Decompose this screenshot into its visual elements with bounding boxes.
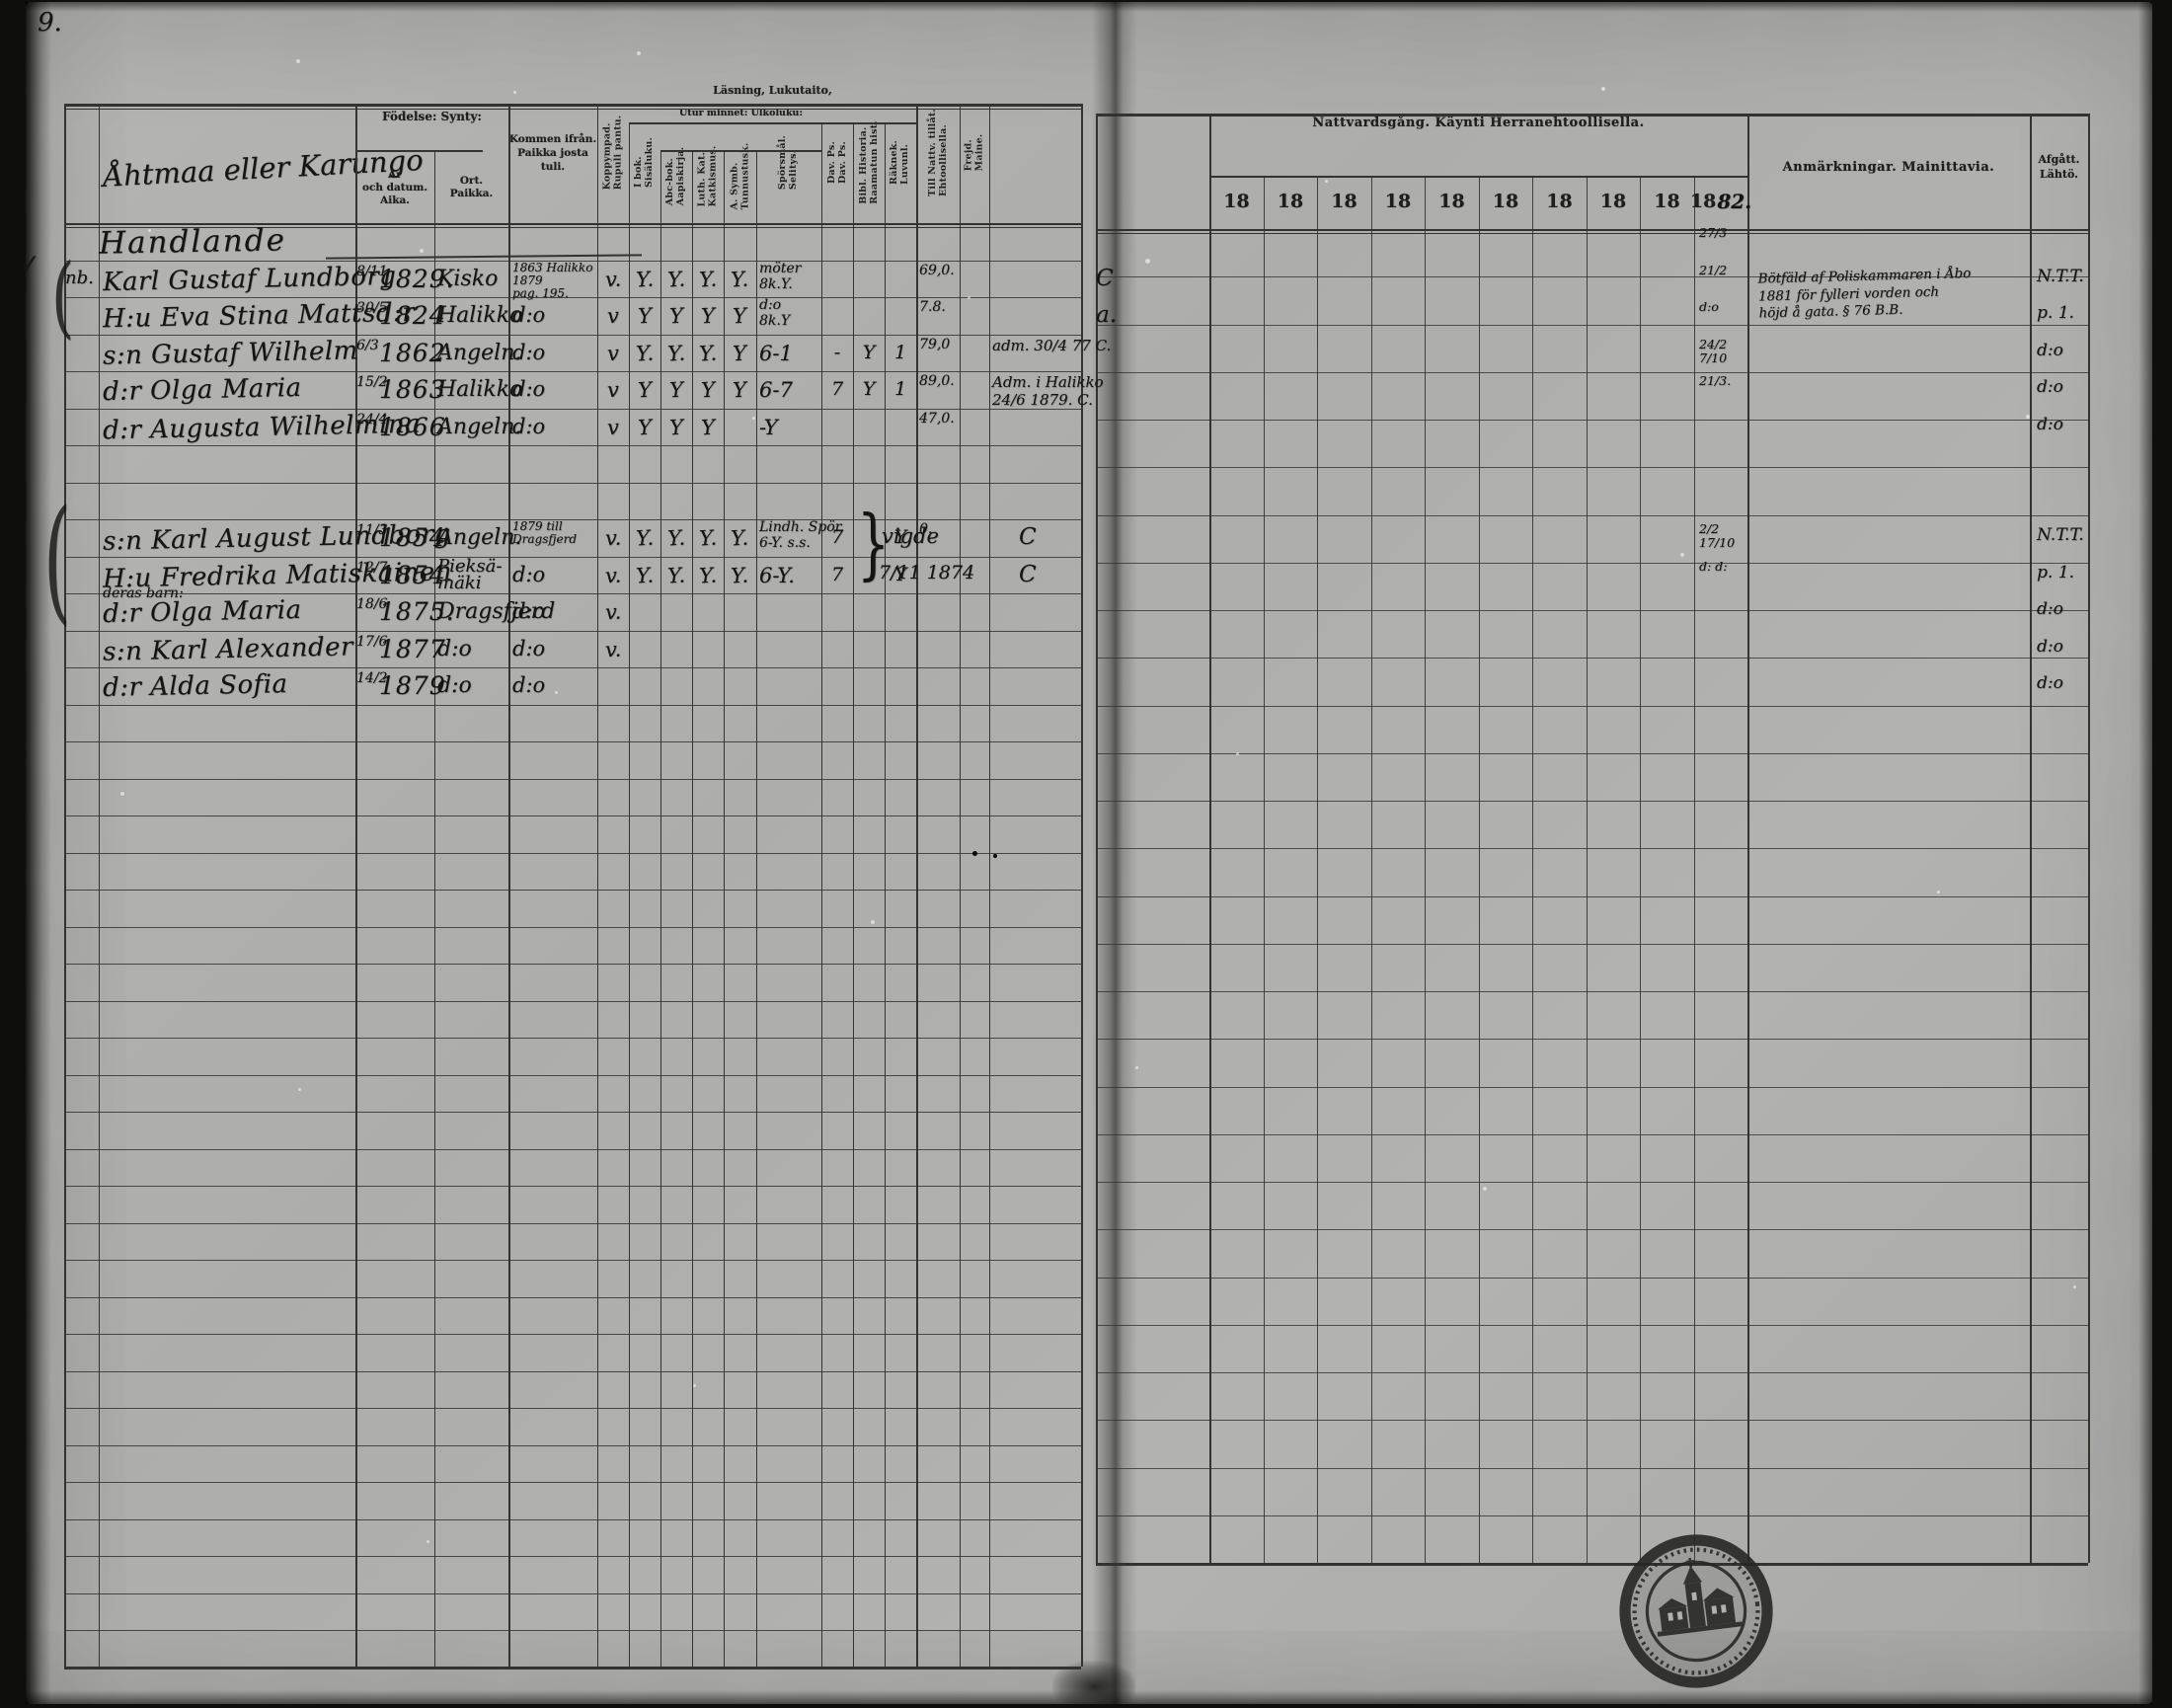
birth-place: Pieksä- mäki — [437, 558, 502, 591]
grid-line — [629, 122, 630, 1667]
church-stamp-icon — [1608, 1523, 1784, 1699]
departed-entry: p. 1. — [2037, 303, 2074, 323]
grid-line — [64, 741, 1081, 742]
dust-fleck — [513, 91, 516, 94]
reading-mark: Y. — [635, 526, 654, 551]
grid-line — [1096, 1325, 2088, 1326]
communion-mark: C — [1019, 562, 1037, 587]
birth-place: Kisko — [437, 267, 498, 291]
grid-line — [64, 667, 1081, 668]
reading-mark: Y. — [698, 526, 717, 551]
ink-speck — [972, 851, 977, 856]
dust-fleck — [2026, 415, 2030, 419]
dust-fleck — [1325, 180, 1328, 183]
grid-line — [1096, 372, 2088, 373]
grid-line — [64, 1260, 1081, 1261]
grid-line — [724, 150, 725, 1667]
come-from: d:o — [512, 377, 545, 401]
birth-place: d:o — [437, 673, 472, 698]
group-heading: Handlande — [99, 222, 286, 261]
come-from: 1863 Halikko 1879 pag. 195. — [512, 262, 592, 300]
dust-fleck — [637, 51, 641, 55]
extra-grade: 1 — [894, 378, 906, 400]
grid-line — [1096, 1420, 2088, 1421]
birth-place: Angeln. — [437, 341, 521, 365]
grid-line — [1096, 563, 2088, 564]
grid-line — [1096, 467, 2088, 468]
grid-line — [1479, 176, 1480, 1563]
grid-line — [1096, 610, 2088, 611]
birth-place: Angeln. — [437, 525, 521, 550]
come-from: d:o — [512, 563, 545, 586]
admitted-figure: 7.8. — [919, 299, 946, 315]
column-header-fodelse: Födelse: Synty: — [355, 80, 508, 152]
brace: ( — [51, 245, 74, 349]
reading-mark: Y. — [666, 563, 685, 587]
grid-line — [64, 705, 1081, 706]
departed-entry: d:o — [2037, 637, 2063, 657]
grid-line — [660, 150, 661, 1667]
grid-line — [64, 445, 1081, 446]
reading-mark: Y. — [698, 563, 717, 587]
grid-line — [64, 1112, 1081, 1113]
come-from: d:o — [512, 637, 545, 660]
questions-grade: 6-1 — [759, 342, 793, 365]
grid-line — [2088, 114, 2090, 1563]
grid-line — [1096, 229, 2088, 231]
grid-line — [64, 1186, 1081, 1187]
dust-fleck — [120, 792, 124, 796]
grid-line — [1096, 1515, 2088, 1516]
column-header-bible-history: Bibl. Historia. Raamatun hist. — [853, 99, 885, 225]
communion-1882-date: d: d: — [1699, 560, 1727, 574]
grid-line — [1096, 1229, 2088, 1230]
birth-year: 1866 — [379, 413, 446, 441]
grid-line — [64, 1075, 1081, 1076]
grid-line — [1096, 233, 2088, 234]
grid-line — [1587, 176, 1588, 1563]
person-name: Karl Gustaf Lundborg — [103, 261, 397, 296]
departed-entry: N.T.T. — [2037, 525, 2084, 545]
grid-line — [64, 779, 1081, 780]
dust-fleck — [1145, 259, 1150, 264]
questions-grade: 6-Y. — [759, 564, 795, 587]
person-name: d:r Alda Sofia — [103, 669, 288, 703]
book-fold-crease — [1092, 2, 1137, 1704]
page-right-edge-shadow — [2138, 2, 2152, 1704]
grid-line — [989, 104, 990, 1667]
grid-line — [64, 1519, 1081, 1520]
reading-mark: Y — [637, 304, 652, 329]
grid-line — [629, 122, 916, 124]
dust-fleck — [298, 1088, 301, 1091]
dust-fleck — [1937, 891, 1940, 893]
come-from: d:o — [512, 303, 545, 327]
questions-grade: d:o 8k.Y — [759, 297, 790, 329]
reading-mark: Y — [668, 415, 683, 439]
reading-mark: v. — [604, 637, 621, 661]
admission-note: Adm. i Halikko 24/6 1879. C. — [992, 373, 1104, 409]
reading-mark: Y — [637, 378, 652, 403]
dust-fleck — [1135, 1066, 1138, 1069]
page-number: 9. — [38, 8, 62, 38]
year-cell: 18 — [1264, 178, 1317, 225]
come-from: d:o — [512, 599, 545, 623]
grid-line — [64, 409, 1081, 410]
person-name: d:r Olga Maria — [103, 373, 302, 407]
reading-mark: v — [606, 341, 619, 365]
column-header-repute: Frejd. Maine. — [960, 80, 989, 225]
admission-note: adm. 30/4 77 C. — [992, 337, 1111, 354]
birth-year: 1854 — [379, 561, 446, 589]
grid-line — [1209, 116, 1211, 1563]
grid-line — [64, 1408, 1081, 1409]
grid-line — [64, 1593, 1081, 1594]
grid-line — [1264, 176, 1265, 1563]
grid-line — [1096, 706, 2088, 707]
column-header-arithmetic: Räknek. Luvunl. — [885, 99, 916, 225]
grid-line — [692, 150, 693, 1667]
grid-line — [64, 1149, 1081, 1150]
admitted-figure: 89,0. — [919, 373, 955, 389]
brace: ( — [43, 480, 71, 638]
grid-line — [64, 927, 1081, 928]
grid-line — [916, 104, 918, 1667]
reading-mark: Y. — [635, 563, 654, 587]
departed-entry: d:o — [2037, 415, 2063, 434]
dust-fleck — [693, 1384, 696, 1387]
grid-line — [1096, 515, 2088, 516]
person-name: s:n Karl Alexander — [103, 632, 353, 666]
column-header-catechism: Luth. Kat. Katkismus. — [692, 126, 724, 225]
dust-fleck — [1878, 160, 1881, 163]
reading-mark: Y — [637, 415, 652, 439]
reading-mark: v. — [604, 267, 621, 291]
grid-line — [355, 150, 483, 152]
grid-line — [64, 964, 1081, 965]
communion-mark: C — [1096, 266, 1114, 291]
extra-grade: 7 — [831, 378, 843, 400]
dust-fleck — [427, 1540, 429, 1543]
column-header-creed: A. Symb. Tunnustusk. — [724, 126, 756, 225]
grid-line — [1096, 944, 2088, 945]
communion-1882-date: 24/2 7/10 — [1699, 338, 1727, 365]
column-header-departed: Afgått. Lähtö. — [2030, 113, 2088, 221]
marriage-date: 7/11 1874 — [879, 562, 974, 583]
communion-1882-date: 21/3. — [1699, 374, 1731, 388]
grid-line — [1096, 848, 2088, 849]
grid-line — [508, 104, 510, 1667]
column-header-vaccinated: Koppympad. Rupuli pantu. — [597, 80, 629, 225]
questions-grade: möter 8k.Y. — [759, 261, 801, 292]
birth-place: Halikko — [437, 303, 522, 328]
admitted-figure: 47,0. — [919, 411, 955, 427]
dust-fleck — [296, 59, 300, 63]
year-cell: 18 — [1317, 178, 1371, 225]
birth-year: 1879 — [379, 671, 446, 700]
reading-mark: v. — [604, 563, 621, 587]
grid-line — [1371, 176, 1372, 1563]
year-cell: 18 — [1371, 178, 1425, 225]
birth-year: 1824 — [379, 301, 446, 330]
birth-year: 1854 — [379, 523, 446, 552]
reading-mark: Y — [732, 304, 746, 329]
reading-mark: Y. — [635, 341, 654, 365]
reading-mark: v. — [604, 600, 621, 625]
remarks-note: Bötfäld af Poliskammaren i Åbo 1881 för … — [1757, 264, 2025, 323]
grid-line — [1425, 176, 1426, 1563]
reading-mark: Y — [700, 415, 715, 439]
reading-mark: Y. — [698, 341, 717, 365]
grid-line — [1747, 114, 1749, 1563]
scanned-ledger-scene: 9. ✓ Åhtmaa eller Karungo Födelse: Synty… — [0, 0, 2172, 1708]
grid-line — [1317, 176, 1318, 1563]
grid-line — [64, 557, 1081, 558]
communion-1882-date: 21/2 — [1699, 264, 1727, 277]
reading-mark: v — [606, 378, 619, 403]
grid-line — [597, 104, 598, 1667]
admitted-figure: 79,0 — [919, 337, 950, 352]
grid-line — [64, 593, 1081, 594]
grid-line — [1096, 1372, 2088, 1373]
column-header-birth-place: Ort. Paikka. — [434, 150, 508, 225]
grid-line — [1096, 991, 2088, 992]
birth-date-fraction: 6/3 — [356, 338, 379, 353]
person-name: d:r Olga Maria — [103, 595, 302, 629]
grid-line — [1532, 176, 1533, 1563]
grid-line — [64, 815, 1081, 816]
communion-1882-date: d:o — [1699, 300, 1719, 314]
page-top-edge-shadow — [26, 2, 2152, 12]
person-name: s:n Gustaf Wilhelm — [103, 336, 358, 370]
reading-mark: Y — [668, 378, 683, 403]
grid-line — [64, 371, 1081, 372]
column-group-communion-attendance: Nattvardsgång. Käynti Herranehtoollisell… — [1209, 93, 1747, 152]
grid-line — [64, 1334, 1081, 1335]
grid-line — [1096, 658, 2088, 659]
grid-line — [1096, 1278, 2088, 1279]
grid-line — [1096, 114, 2088, 116]
grid-line — [1096, 801, 2088, 802]
grid-line — [960, 104, 961, 1667]
reading-mark: Y — [732, 341, 746, 365]
extra-grade: Y — [863, 378, 876, 400]
marriage-note: vigde — [882, 524, 939, 548]
grid-line — [64, 104, 1081, 107]
grid-line — [1096, 753, 2088, 754]
departed-entry: d:o — [2037, 377, 2063, 397]
grid-line — [64, 1371, 1081, 1372]
grid-line — [64, 1001, 1081, 1002]
grid-line — [885, 122, 886, 1667]
grid-line — [64, 1667, 1081, 1669]
year-cell: 18 — [1425, 178, 1479, 225]
birth-place: d:o — [437, 637, 472, 661]
communion-1882-date: 27/3 — [1699, 226, 1727, 240]
dust-fleck — [871, 920, 875, 924]
reading-mark: v — [606, 415, 619, 439]
grid-line — [64, 1445, 1081, 1446]
come-from: d:o — [512, 341, 545, 364]
column-header-birth-date: År och datum. Aika. — [355, 150, 434, 225]
grid-line — [64, 890, 1081, 891]
year-cell: 18 — [1479, 178, 1532, 225]
grid-line — [2030, 114, 2032, 1563]
column-header-abc-book: Abc-bok. Aapiskirja. — [660, 126, 692, 225]
archive-stamp — [1608, 1523, 1784, 1699]
grid-line — [326, 254, 642, 259]
reading-mark: Y — [700, 304, 715, 329]
extra-grade: Y — [863, 342, 876, 363]
reading-mark: Y — [732, 378, 746, 403]
column-header-remarks: Anmärkningar. Mainittavia. — [1747, 113, 2030, 221]
dust-fleck — [968, 296, 970, 299]
grid-line — [64, 1630, 1081, 1631]
grid-line — [1096, 325, 2088, 326]
year-cell: 18 — [1209, 178, 1264, 225]
communion-mark: a. — [1096, 302, 1117, 328]
grid-line — [64, 335, 1081, 336]
dust-fleck — [752, 417, 755, 420]
grid-line — [1096, 1468, 2088, 1469]
reading-mark: v — [606, 304, 619, 329]
questions-grade: 6-7 — [759, 378, 793, 402]
column-group-lasning: Läsning, Lukutaito, — [629, 81, 916, 100]
grid-line — [853, 122, 854, 1667]
admitted-figure: 69,0. — [919, 263, 955, 278]
grid-line — [64, 1038, 1081, 1039]
year-cell: 18 — [1587, 178, 1640, 225]
reading-mark: Y. — [698, 267, 717, 291]
grid-line — [1096, 1182, 2088, 1183]
reading-mark: Y. — [730, 563, 748, 587]
grid-line — [1096, 896, 2088, 897]
ink-speck — [993, 854, 997, 858]
dust-fleck — [148, 229, 151, 232]
column-header-questions: Spörsmål. Selitys. — [756, 99, 821, 225]
departed-entry: d:o — [2037, 673, 2063, 693]
reading-mark: Y. — [666, 267, 685, 291]
reading-mark: Y. — [635, 267, 654, 291]
grid-line — [1096, 1134, 2088, 1135]
grid-line — [64, 109, 1081, 110]
dust-fleck — [555, 691, 558, 694]
extra-grade: 1 — [894, 342, 906, 363]
birth-place: Halikko — [437, 377, 522, 402]
year-cell: 18 — [1640, 178, 1694, 225]
grid-line — [1694, 176, 1695, 1563]
departed-entry: d:o — [2037, 599, 2063, 619]
reading-mark: Y — [700, 378, 715, 403]
come-from: 1879 till Dragsfjerd — [512, 520, 577, 546]
birth-year: 1877 — [379, 635, 446, 663]
grid-line — [1096, 114, 1098, 1563]
year-cell: 18 — [1532, 178, 1587, 225]
column-header-psalms: Dav. Ps. Dav. Ps. — [821, 99, 853, 225]
grid-line — [99, 104, 100, 1667]
dust-fleck — [1680, 553, 1684, 557]
grid-line — [821, 122, 822, 1667]
dust-fleck — [420, 249, 424, 253]
questions-grade: -Y — [759, 416, 778, 439]
grid-line — [1096, 1563, 2088, 1566]
grid-line — [64, 483, 1081, 484]
extra-grade: 7 — [831, 564, 843, 585]
dust-fleck — [1483, 1187, 1487, 1191]
grid-line — [64, 1223, 1081, 1224]
birth-place: Angeln. — [437, 415, 521, 439]
birth-year: 1863 — [379, 375, 446, 404]
grid-line — [1640, 176, 1641, 1563]
reading-mark: Y. — [730, 267, 748, 291]
ledger-page-spread: 9. ✓ Åhtmaa eller Karungo Födelse: Synty… — [26, 2, 2152, 1704]
grid-line — [1096, 1039, 2088, 1040]
grid-line — [64, 1297, 1081, 1298]
reading-mark: Y. — [666, 526, 685, 551]
grid-line — [1096, 1087, 2088, 1088]
grid-line — [64, 631, 1081, 632]
extra-grade: - — [834, 342, 840, 363]
grid-line — [660, 150, 821, 152]
reading-mark: Y — [668, 304, 683, 329]
come-from: d:o — [512, 673, 545, 697]
communion-1882-date: 2/2 17/10 — [1699, 522, 1735, 550]
come-from: d:o — [512, 415, 545, 438]
departed-entry: d:o — [2037, 341, 2063, 360]
reading-mark: Y. — [730, 526, 748, 551]
grid-line — [1096, 420, 2088, 421]
reading-mark: Y. — [666, 341, 685, 365]
dust-fleck — [1601, 87, 1605, 91]
column-header-admitted-to-communion: Till Nattv. tillåt. Ehtoollisella. — [916, 80, 960, 225]
dust-fleck — [1236, 752, 1239, 755]
column-header-reading-in-book: I bok. Sisäluku. — [629, 99, 660, 225]
grid-line — [64, 1556, 1081, 1557]
column-header-come-from: Kommen ifrån. Paikka josta tuli. — [508, 80, 597, 225]
extra-grade: 7 — [831, 526, 843, 548]
departed-entry: N.T.T. — [2037, 267, 2084, 286]
year-handwritten: 82. — [1717, 190, 1751, 213]
grid-line — [64, 853, 1081, 854]
birth-year: 1862 — [379, 339, 446, 367]
reading-mark: v. — [604, 526, 621, 551]
departed-entry: p. 1. — [2037, 563, 2074, 582]
grid-line — [64, 1482, 1081, 1483]
communion-mark: C — [1019, 524, 1037, 550]
dust-fleck — [2073, 1285, 2076, 1288]
year-cell: 1882. — [1694, 178, 1747, 225]
grid-line — [756, 150, 757, 1667]
